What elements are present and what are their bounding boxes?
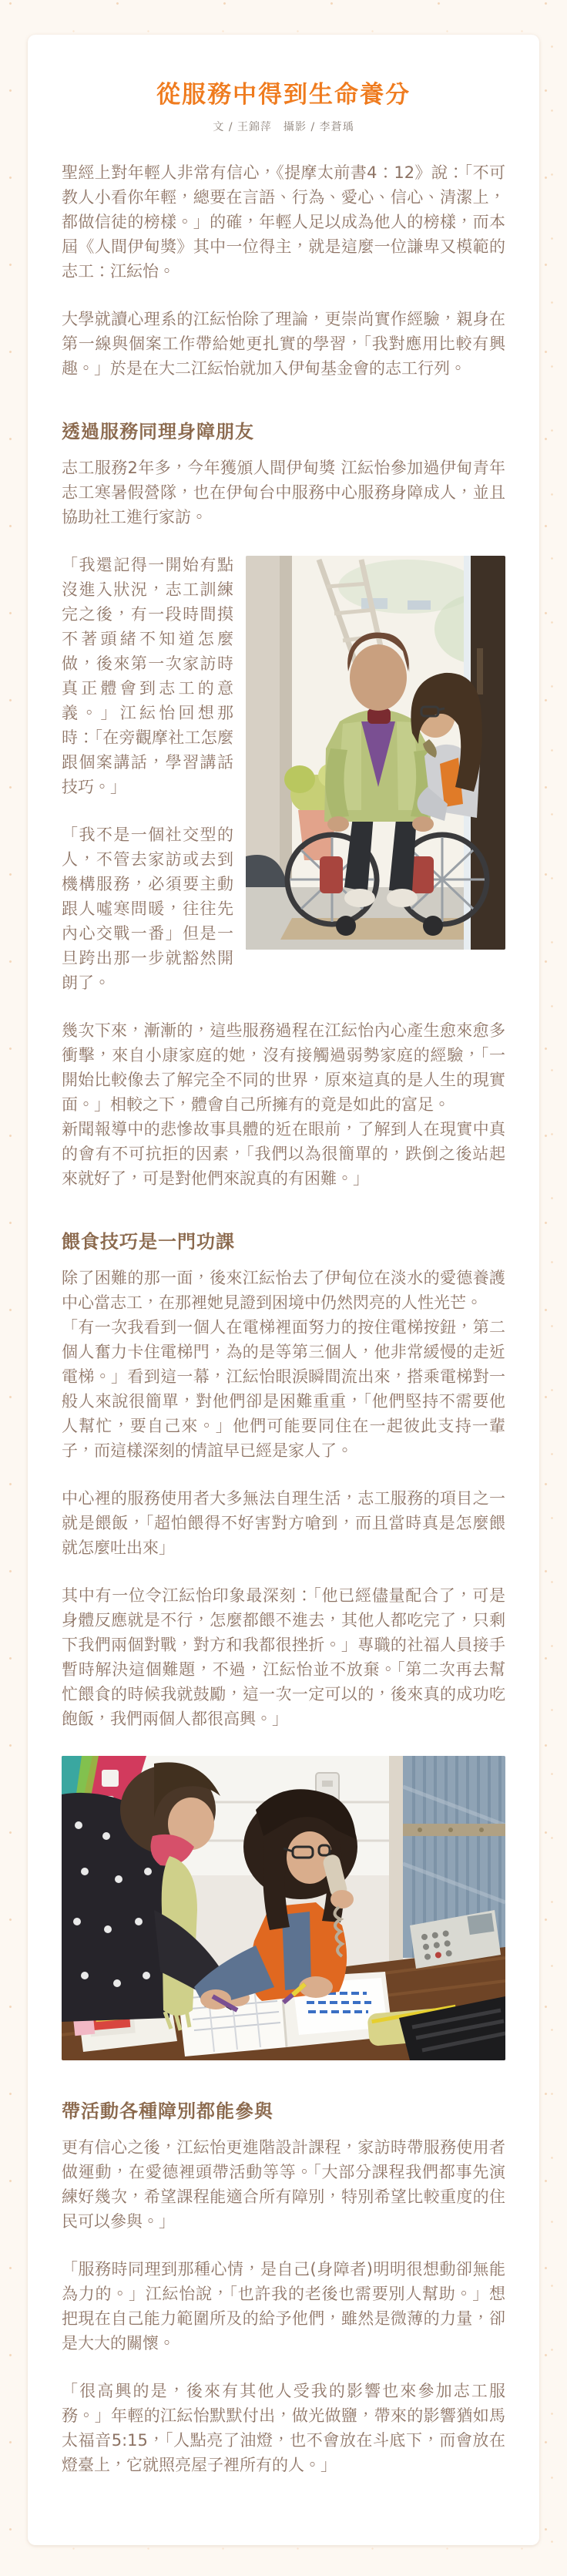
section-heading-empathy: 透過服務同理身障朋友 bbox=[62, 416, 505, 443]
paragraph-intro-1: 聖經上對年輕人非常有信心，《提摩太前書4：12》說：「不可教人小看你年輕，總要在… bbox=[62, 160, 505, 284]
paragraph: 更有信心之後，江紜怡更進階設計課程，家訪時帶服務使用者做運動，在愛德裡頭帶活動等… bbox=[62, 2135, 505, 2234]
text-photo-wrap: 「我還記得一開始有點沒進入狀況，志工訓練完之後，有一段時間摸不著頭緒不知道怎麼做… bbox=[62, 553, 505, 1018]
section-heading-activities: 帶活動各種障別都能參與 bbox=[62, 2096, 505, 2123]
paragraph: 中心裡的服務使用者大多無法自理生活，志工服務的項目之一就是餵飯，「超怕餵得不好害… bbox=[62, 1486, 505, 1560]
page-title: 從服務中得到生命養分 bbox=[62, 75, 505, 109]
photo-wheelchair-home-visit bbox=[246, 556, 505, 950]
paragraph: 幾次下來，漸漸的，這些服務過程在江紜怡內心產生愈來愈多衝擊，來自小康家庭的她，沒… bbox=[62, 1018, 505, 1117]
paragraph: 「很高興的是，後來有其他人受我的影響也來參加志工服務。」年輕的江紜怡默默付出，做… bbox=[62, 2379, 505, 2477]
paragraph: 新聞報導中的悲慘故事具體的近在眼前，了解到人在現實中真的會有不可抗拒的因素，「我… bbox=[62, 1117, 505, 1191]
photo-wheelchair-home-visit-image bbox=[246, 556, 505, 950]
article-byline: 文 / 王錦萍 攝影 / 李蒼瑀 bbox=[62, 119, 505, 134]
paragraph: 「有一次我看到一個人在電梯裡面努力的按住電梯按鈕，第二個人奮力卡住電梯門，為的是… bbox=[62, 1315, 505, 1463]
paragraph: 其中有一位令江紜怡印象最深刻：「他已經儘量配合了，可是身體反應就是不行，怎麼都餵… bbox=[62, 1583, 505, 1731]
paragraph: 除了困難的那一面，後來江紜怡去了伊甸位在淡水的愛德養護中心當志工，在那裡她見證到… bbox=[62, 1266, 505, 1315]
paragraph: 志工服務2年多，今年獲頒人間伊甸獎 江紜怡參加過伊甸青年志工寒暑假營隊，也在伊甸… bbox=[62, 456, 505, 530]
photo-office-phone-volunteer-image bbox=[62, 1756, 505, 2060]
photo-office-phone-volunteer bbox=[62, 1756, 505, 2060]
page-background: { "page": { "title": "從服務中得到生命養分", "byli… bbox=[0, 35, 567, 2545]
article-card: 從服務中得到生命養分 文 / 王錦萍 攝影 / 李蒼瑀 聖經上對年輕人非常有信心… bbox=[28, 35, 539, 2545]
section-heading-feeding: 餵食技巧是一門功課 bbox=[62, 1226, 505, 1253]
paragraph-intro-2: 大學就讀心理系的江紜怡除了理論，更崇尚實作經驗，親身在第一線與個案工作帶給她更扎… bbox=[62, 307, 505, 381]
paragraph: 「服務時同理到那種心情，是自己(身障者)明明很想動卻無能為力的。」江紜怡說，「也… bbox=[62, 2257, 505, 2356]
